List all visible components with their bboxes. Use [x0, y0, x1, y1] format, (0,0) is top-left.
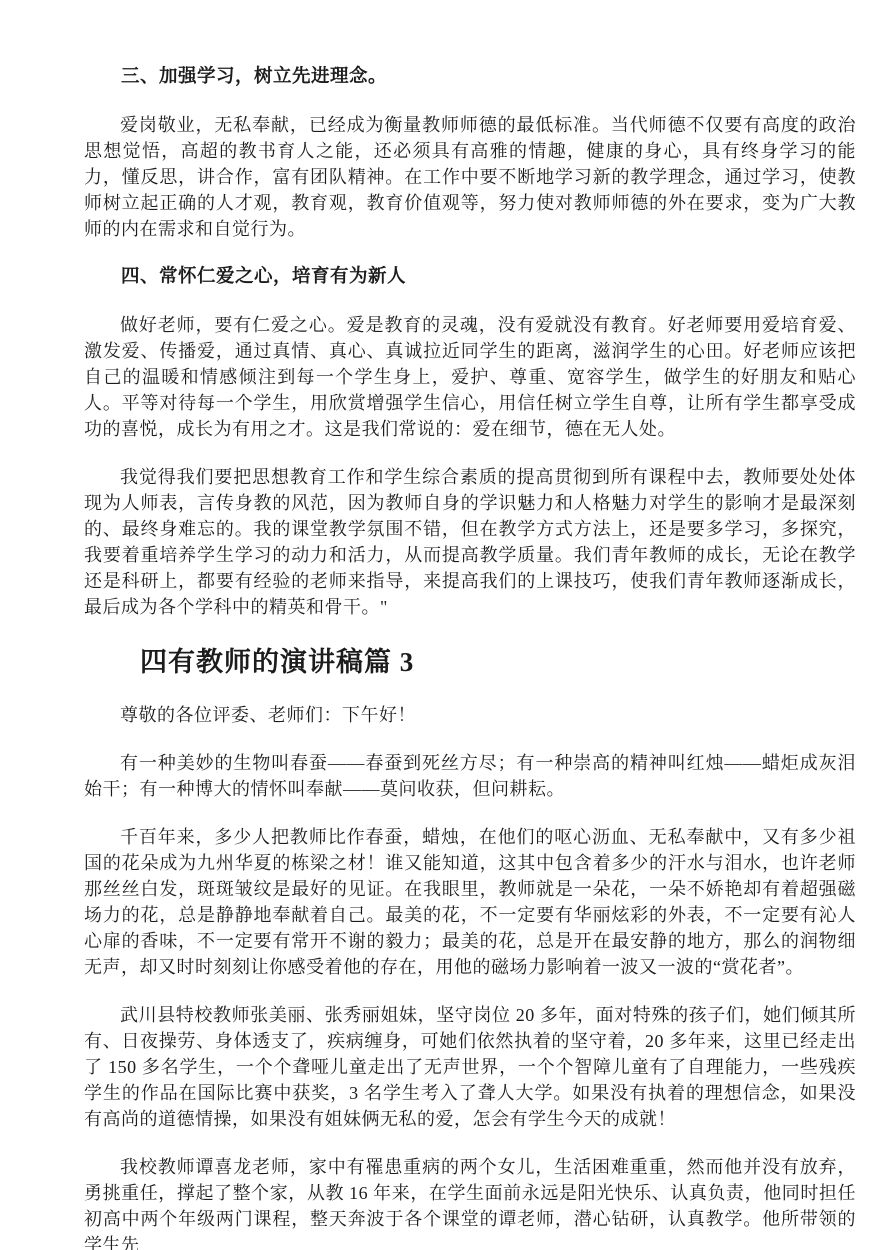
paragraph: 武川县特校教师张美丽、张秀丽姐妹，坚守岗位 20 多年，面对特殊的孩子们，她们倾… — [84, 1002, 856, 1132]
paragraph: 爱岗敬业，无私奉献，已经成为衡量教师师德的最低标准。当代师德不仅要有高度的政治思… — [84, 112, 856, 242]
document-page: 三、加强学习，树立先进理念。 爱岗敬业，无私奉献，已经成为衡量教师师德的最低标准… — [0, 0, 884, 1250]
section-heading-four: 四、常怀仁爱之心，培育有为新人 — [84, 264, 856, 290]
salutation: 尊敬的各位评委、老师们：下午好！ — [84, 702, 856, 728]
paragraph: 我校教师谭喜龙老师，家中有罹患重病的两个女儿，生活困难重重，然而他并没有放弃，勇… — [84, 1154, 856, 1250]
section-heading-three: 三、加强学习，树立先进理念。 — [84, 64, 856, 90]
paragraph: 我觉得我们要把思想教育工作和学生综合素质的提高贯彻到所有课程中去，教师要处处体现… — [84, 464, 856, 620]
paragraph: 千百年来，多少人把教师比作春蚕，蜡烛，在他们的呕心沥血、无私奉献中，又有多少祖国… — [84, 824, 856, 980]
paragraph: 有一种美妙的生物叫春蚕——春蚕到死丝方尽；有一种崇高的精神叫红烛——蜡炬成灰泪始… — [84, 750, 856, 802]
paragraph: 做好老师，要有仁爱之心。爱是教育的灵魂，没有爱就没有教育。好老师要用爱培育爱、激… — [84, 312, 856, 442]
doc-title: 四有教师的演讲稿篇 3 — [140, 644, 856, 680]
